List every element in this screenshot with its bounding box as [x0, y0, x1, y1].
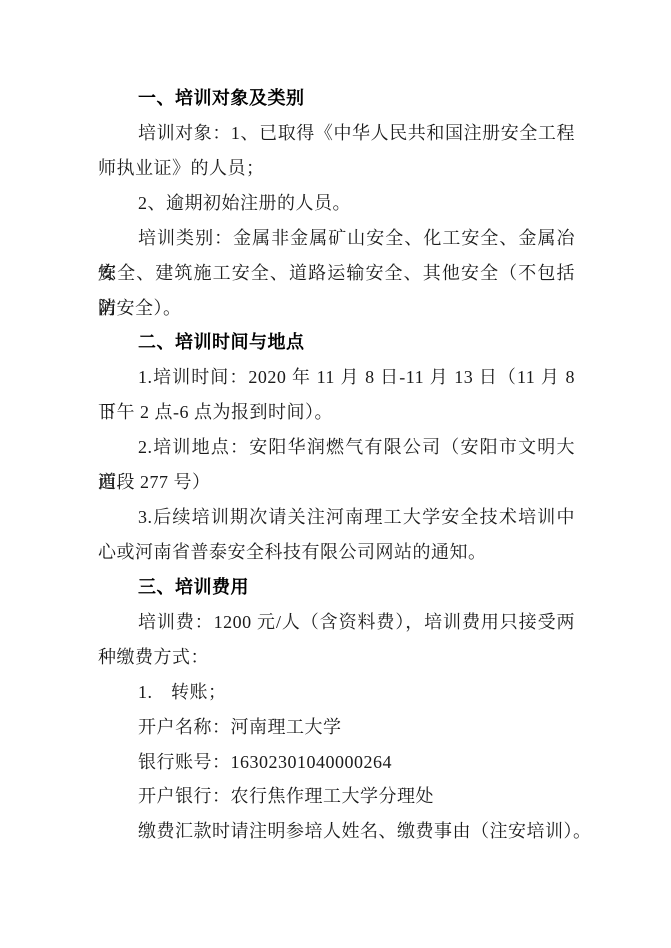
para-training-category-line-2: 安全、建筑施工安全、道路运输安全、其他安全（不包括消 — [98, 256, 575, 291]
para-training-location-line-1: 2.培训地点：安阳华润燃气有限公司（安阳市文明大道 — [98, 430, 575, 465]
para-training-target-line-1: 培训对象：1、已取得《中华人民共和国注册安全工程 — [98, 116, 575, 151]
section-1-heading: 一、培训对象及类别 — [98, 81, 575, 116]
para-training-time-line-1: 1.培训时间：2020 年 11 月 8 日-11 月 13 日（11 月 8 … — [98, 360, 575, 395]
document-page: 一、培训对象及类别 培训对象：1、已取得《中华人民共和国注册安全工程 师执业证》… — [0, 0, 671, 948]
para-follow-up-notice-line-1: 3.后续培训期次请关注河南理工大学安全技术培训中 — [98, 500, 575, 535]
para-training-fee-line-2: 种缴费方式： — [98, 640, 575, 675]
para-training-category-line-3: 防安全）。 — [98, 291, 575, 326]
para-training-category-line-1: 培训类别：金属非金属矿山安全、化工安全、金属冶炼 — [98, 221, 575, 256]
para-follow-up-notice-line-2: 心或河南省普泰安全科技有限公司网站的通知。 — [98, 535, 575, 570]
para-training-location-line-2: 西段 277 号） — [98, 465, 575, 500]
para-payment-method-transfer: 1. 转账； — [98, 675, 575, 710]
para-training-fee-line-1: 培训费：1200 元/人（含资料费），培训费用只接受两 — [98, 605, 575, 640]
para-training-time-line-2: 下午 2 点-6 点为报到时间）。 — [98, 395, 575, 430]
para-account-name: 开户名称：河南理工大学 — [98, 710, 575, 745]
para-overdue-registration: 2、逾期初始注册的人员。 — [98, 186, 575, 221]
para-training-target-line-2: 师执业证》的人员； — [98, 151, 575, 186]
section-3-heading: 三、培训费用 — [98, 570, 575, 605]
para-bank-account-number: 银行账号：16302301040000264 — [98, 745, 575, 780]
document-content: 一、培训对象及类别 培训对象：1、已取得《中华人民共和国注册安全工程 师执业证》… — [98, 81, 575, 849]
para-bank-name: 开户银行：农行焦作理工大学分理处 — [98, 779, 575, 814]
para-remittance-note: 缴费汇款时请注明参培人姓名、缴费事由（注安培训）。 — [98, 814, 575, 849]
section-2-heading: 二、培训时间与地点 — [98, 325, 575, 360]
